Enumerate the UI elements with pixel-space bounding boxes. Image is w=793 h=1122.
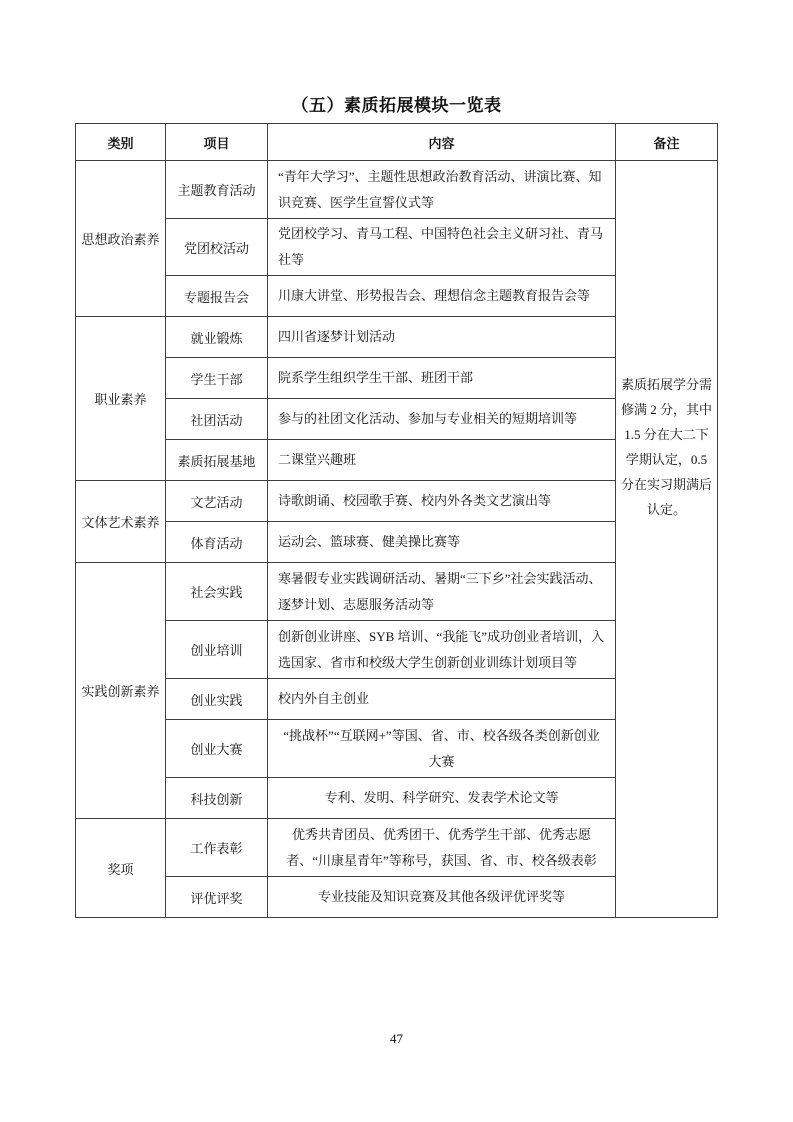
column-header-project: 项目 [166, 124, 268, 161]
project-cell: 素质拓展基地 [166, 440, 268, 481]
category-cell: 思想政治素养 [76, 161, 166, 317]
category-cell: 奖项 [76, 819, 166, 918]
content-cell: 川康大讲堂、形势报告会、理想信念主题教育报告会等 [268, 276, 616, 317]
category-cell: 职业素养 [76, 317, 166, 481]
header-row: 类别 项目 内容 备注 [76, 124, 718, 161]
quality-development-table: 类别 项目 内容 备注 思想政治素养主题教育活动“青年大学习”、主题性思想政治教… [75, 123, 718, 918]
document-page: （五）素质拓展模块一览表 类别 项目 内容 备注 思想政治素养主题教育活动“青年… [0, 0, 793, 1122]
page-title: （五）素质拓展模块一览表 [0, 91, 793, 116]
project-cell: 工作表彰 [166, 819, 268, 877]
project-cell: 创业大赛 [166, 720, 268, 778]
category-cell: 文体艺术素养 [76, 481, 166, 563]
project-cell: 社会实践 [166, 563, 268, 621]
content-cell: 二课堂兴趣班 [268, 440, 616, 481]
project-cell: 学生干部 [166, 358, 268, 399]
content-cell: 党团校学习、青马工程、中国特色社会主义研习社、青马社等 [268, 219, 616, 276]
remark-cell: 素质拓展学分需修满 2 分，其中 1.5 分在大二下学期认定，0.5 分在实习期… [616, 161, 718, 918]
table-row: 思想政治素养主题教育活动“青年大学习”、主题性思想政治教育活动、讲演比赛、知识竞… [76, 161, 718, 219]
project-cell: 创业实践 [166, 679, 268, 720]
project-cell: 评优评奖 [166, 877, 268, 918]
content-cell: 优秀共青团员、优秀团干、优秀学生干部、优秀志愿者、“川康星青年”等称号，获国、省… [268, 819, 616, 877]
column-header-category: 类别 [76, 124, 166, 161]
project-cell: 主题教育活动 [166, 161, 268, 219]
content-cell: 寒暑假专业实践调研活动、暑期“三下乡”社会实践活动、逐梦计划、志愿服务活动等 [268, 563, 616, 621]
column-header-content: 内容 [268, 124, 616, 161]
project-cell: 就业锻炼 [166, 317, 268, 358]
page-number: 47 [0, 1031, 793, 1047]
content-cell: 运动会、篮球赛、健美操比赛等 [268, 522, 616, 563]
content-cell: “青年大学习”、主题性思想政治教育活动、讲演比赛、知识竞赛、医学生宣誓仪式等 [268, 161, 616, 219]
content-cell: “挑战杯”“互联网+”等国、省、市、校各级各类创新创业大赛 [268, 720, 616, 778]
project-cell: 创业培训 [166, 621, 268, 679]
content-cell: 参与的社团文化活动、参加与专业相关的短期培训等 [268, 399, 616, 440]
content-cell: 专利、发明、科学研究、发表学术论文等 [268, 778, 616, 819]
project-cell: 社团活动 [166, 399, 268, 440]
content-cell: 四川省逐梦计划活动 [268, 317, 616, 358]
content-cell: 校内外自主创业 [268, 679, 616, 720]
project-cell: 专题报告会 [166, 276, 268, 317]
content-cell: 创新创业讲座、SYB 培训、“我能飞”成功创业者培训，入选国家、省市和校级大学生… [268, 621, 616, 679]
project-cell: 文艺活动 [166, 481, 268, 522]
project-cell: 党团校活动 [166, 219, 268, 276]
content-cell: 诗歌朗诵、校园歌手赛、校内外各类文艺演出等 [268, 481, 616, 522]
column-header-remark: 备注 [616, 124, 718, 161]
content-cell: 专业技能及知识竞赛及其他各级评优评奖等 [268, 877, 616, 918]
category-cell: 实践创新素养 [76, 563, 166, 819]
project-cell: 体育活动 [166, 522, 268, 563]
content-cell: 院系学生组织学生干部、班团干部 [268, 358, 616, 399]
project-cell: 科技创新 [166, 778, 268, 819]
